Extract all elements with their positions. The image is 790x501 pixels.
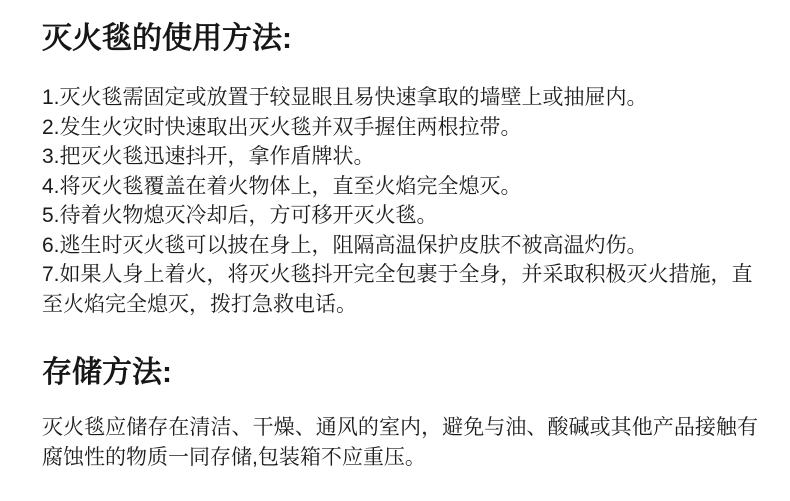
storage-section-title: 存储方法:: [42, 355, 758, 391]
usage-step-2: 2.发生火灾时快速取出灭火毯并双手握住两根拉带。: [42, 113, 758, 143]
usage-step-1: 1.灭火毯需固定或放置于较显眼且易快速拿取的墙壁上或抽屉内。: [42, 83, 758, 113]
usage-step-5: 5.待着火物熄灭冷却后，方可移开灭火毯。: [42, 201, 758, 231]
usage-steps-list: 1.灭火毯需固定或放置于较显眼且易快速拿取的墙壁上或抽屉内。 2.发生火灾时快速…: [42, 83, 758, 319]
fire-blanket-instructions-page: 灭火毯的使用方法: 1.灭火毯需固定或放置于较显眼且易快速拿取的墙壁上或抽屉内。…: [0, 0, 790, 501]
usage-step-3: 3.把灭火毯迅速抖开，拿作盾牌状。: [42, 142, 758, 172]
usage-step-4: 4.将灭火毯覆盖在着火物体上，直至火焰完全熄灭。: [42, 172, 758, 202]
usage-step-7: 7.如果人身上着火，将灭火毯抖开完全包裹于全身，并采取积极灭火措施，直至火焰完全…: [42, 260, 758, 319]
storage-instructions-text: 灭火毯应储存在清洁、干燥、通风的室内，避免与油、酸碱或其他产品接触有腐蚀性的物质…: [42, 413, 758, 472]
usage-step-6: 6.逃生时灭火毯可以披在身上，阻隔高温保护皮肤不被高温灼伤。: [42, 231, 758, 261]
usage-section-title: 灭火毯的使用方法:: [42, 21, 758, 57]
